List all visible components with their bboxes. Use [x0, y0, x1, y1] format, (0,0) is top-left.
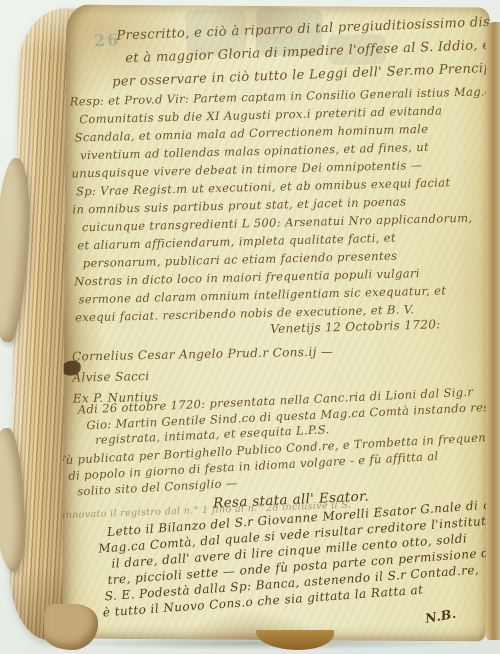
manuscript-page: 26 Prescritto, e ciò à riparro di tal pr… — [62, 5, 490, 642]
nb-initials: N.B. — [424, 606, 457, 626]
preamble-block: Prescritto, e ciò à riparro di tal pregi… — [110, 9, 490, 94]
manuscript-photo: 26 Prescritto, e ciò à riparro di tal pr… — [0, 0, 500, 654]
page-right-edge — [486, 22, 500, 640]
latin-decree-block: Resp: et Prov.d Vir: Partem captam in Co… — [70, 82, 491, 326]
